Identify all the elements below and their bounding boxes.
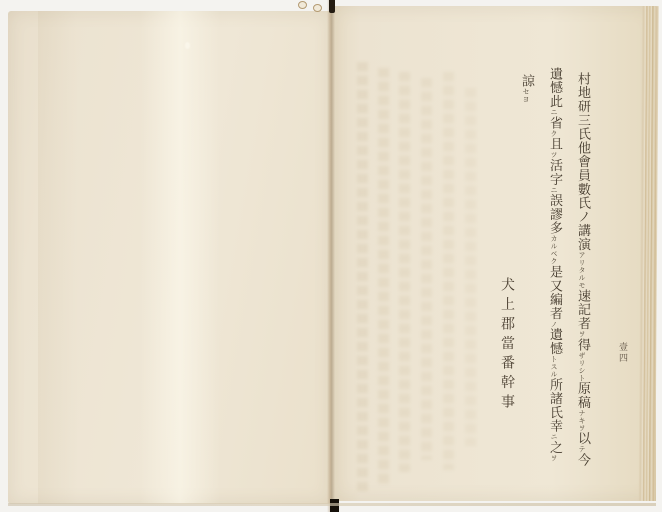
text-segment: 遺憾 [547, 328, 562, 356]
text-segment: ニ [550, 186, 558, 194]
text-segment: 之 [547, 441, 562, 455]
bottom-edge-shadow [8, 503, 656, 506]
text-segment: 遺憾此 [547, 67, 562, 108]
text-segment: テ [578, 446, 586, 454]
main-text-block: 村地研三氏他會員數氏ノ講演アリタルモ速記者ヲ得ザリシト原稿ナキヲ以テ今遺憾此ニ省… [506, 72, 590, 467]
page-edge-stack [638, 6, 658, 501]
right-page: 村地研三氏他會員數氏ノ講演アリタルモ速記者ヲ得ザリシト原稿ナキヲ以テ今遺憾此ニ省… [331, 6, 656, 501]
text-segment: セヨ [522, 88, 530, 103]
text-segment: 是又編者 [547, 265, 562, 320]
text-segment: 村地研三氏他會員數氏ノ講演 [575, 72, 590, 251]
text-segment: 速記者 [575, 289, 590, 330]
text-segment: トスル [550, 355, 558, 378]
text-segment: ナキヲ [578, 409, 586, 432]
paper-speck [185, 42, 190, 49]
text-segment: 得 [575, 338, 590, 352]
text-column-2: 遺憾此ニ省ク且ツ活字ニ誤謬多カルベク是又編者ノ遺憾トスル所諸氏幸ニ之ヲ [546, 67, 562, 467]
text-segment: 今 [575, 453, 590, 467]
bleedthrough-column [357, 62, 368, 492]
gutter-mark-top [329, 0, 335, 13]
text-segment: 以 [575, 432, 590, 446]
text-segment: ツ [550, 151, 558, 159]
text-segment: ノ [550, 320, 558, 328]
bleedthrough-column [443, 72, 454, 470]
text-segment: アリタルモ [578, 251, 586, 289]
folio-number: 壹四 [617, 342, 627, 364]
book-gutter [327, 0, 335, 512]
signature-text: 犬上郡當番幹事 [499, 277, 515, 414]
bleedthrough-column [421, 78, 432, 460]
text-segment: 活字 [547, 159, 562, 187]
bleedthrough-column [378, 68, 389, 486]
text-column-1: 村地研三氏他會員數氏ノ講演アリタルモ速記者ヲ得ザリシト原稿ナキヲ以テ今 [574, 72, 590, 467]
scanned-book-spread: 村地研三氏他會員數氏ノ講演アリタルモ速記者ヲ得ザリシト原稿ナキヲ以テ今遺憾此ニ省… [0, 0, 662, 512]
text-segment: ヲ [578, 330, 586, 338]
bleedthrough-column [465, 88, 476, 446]
text-segment: 省 [547, 116, 562, 130]
text-segment: 所諸氏幸 [547, 378, 562, 433]
left-page [8, 11, 331, 504]
text-segment: ザリシト [578, 352, 586, 382]
text-segment: 諒 [519, 74, 534, 88]
text-column-3: 諒セヨ [518, 74, 534, 467]
binding-hole [313, 4, 322, 12]
text-segment: 原稿 [575, 382, 590, 410]
scan-highlight-streak [140, 11, 220, 504]
bleedthrough-column [399, 72, 410, 472]
page-shadow-streak [38, 11, 78, 504]
text-segment: ニ [550, 108, 558, 116]
text-segment: 誤謬多 [547, 194, 562, 235]
text-segment: 且 [547, 137, 562, 151]
text-segment: ニ [550, 433, 558, 441]
text-segment: カルベク [550, 235, 558, 265]
text-segment: ヲ [550, 454, 558, 462]
binding-hole [298, 1, 307, 9]
